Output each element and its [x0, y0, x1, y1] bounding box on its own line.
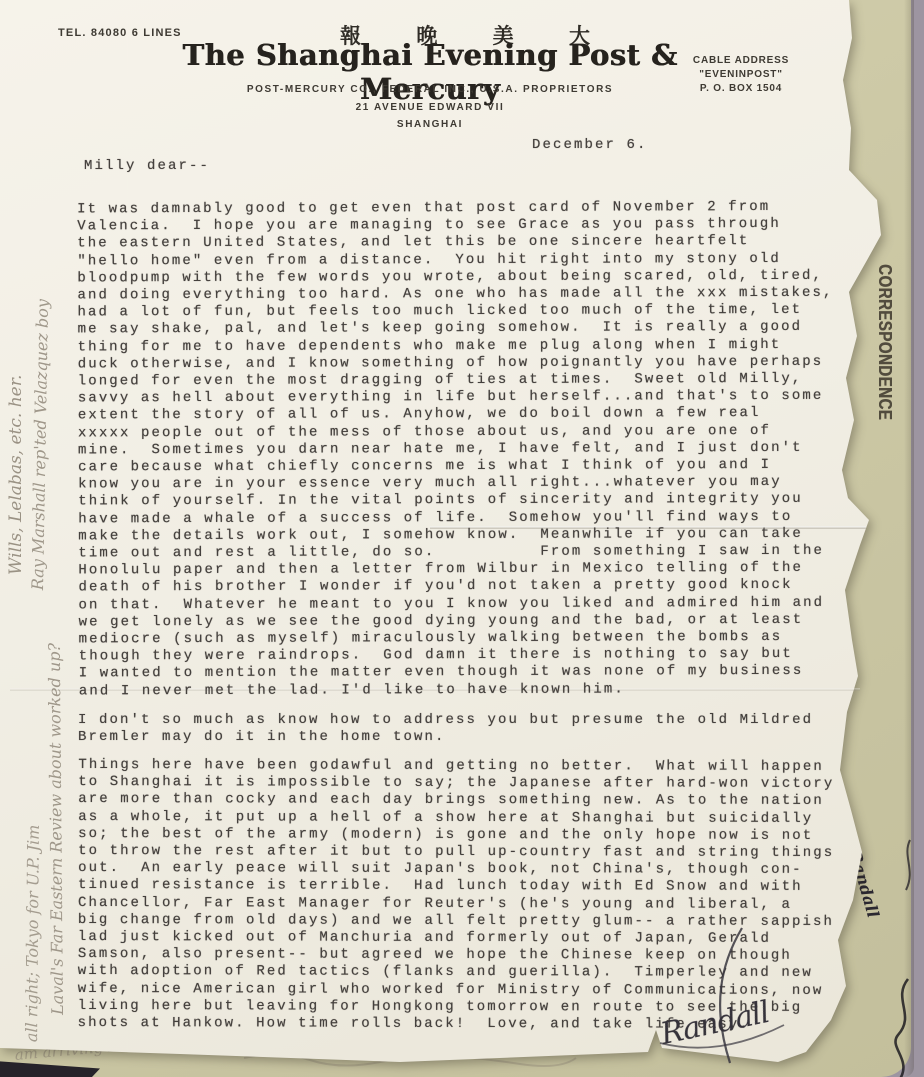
- letter-date: December 6.: [532, 137, 648, 154]
- letter-salutation: Milly dear--: [84, 158, 210, 175]
- signature-flourish: [600, 925, 810, 1075]
- letterhead-cable-block: CABLE ADDRESS "EVENINPOST" P. O. BOX 150…: [686, 54, 796, 96]
- cable-address-name: "EVENINPOST": [686, 68, 796, 82]
- letterhead-city: SHANGHAI: [150, 119, 710, 130]
- cable-address-label: CABLE ADDRESS: [686, 54, 796, 68]
- margin-pencil-note: Wills, Lelabas, etc. her.: [6, 375, 26, 575]
- letter-paragraph: I don't so much as know how to address y…: [78, 712, 878, 746]
- letterhead-address: 21 AVENUE EDWARD VII: [150, 102, 710, 113]
- margin-pencil-note: all right; Tokyo for U.P. Jim: [22, 825, 43, 1043]
- newspaper-masthead: The Shanghai Evening Post & Mercury: [150, 38, 710, 106]
- archival-letter-scan: CORRESPONDENCE Gould, Randall 1941, n.d.…: [0, 0, 924, 1077]
- cable-po-box: P. O. BOX 1504: [686, 82, 796, 96]
- letterhead-proprietors: POST-MERCURY CO., FEDERAL INC., U.S.A. P…: [150, 84, 710, 95]
- letter-paragraph: It was damnably good to get even that po…: [77, 199, 879, 701]
- margin-pencil-note: Laval's Far Eastern Review about worked …: [45, 643, 67, 1015]
